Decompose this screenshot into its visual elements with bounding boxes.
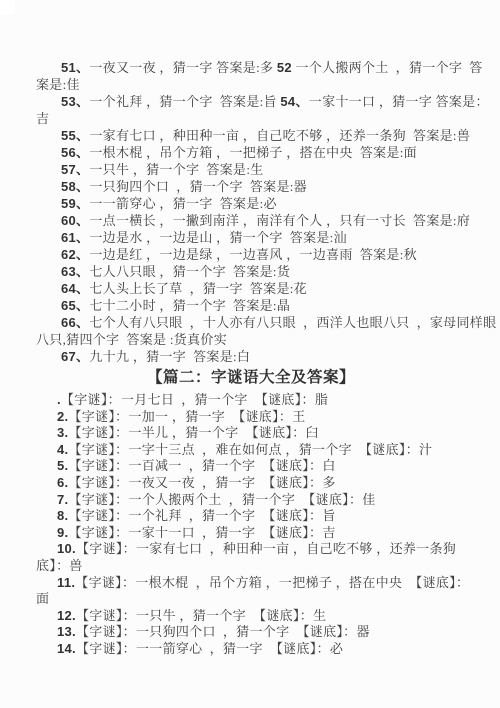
line-text: 七个人有八只眼 ，十人亦有八只眼 ，西洋人也眼八只 ，家母同样眼 [89, 315, 496, 330]
text-line: 53、一个礼拜 ，猜一个字 答案是:旨 54、一家十一口 ，猜一字 答案是： [36, 93, 476, 110]
text-line: 58、一只狗四个口 ，猜一个字 答案是:器 [36, 178, 476, 195]
line-text: 一只牛 ，猜一个字 答案是:生 [89, 162, 263, 177]
line-text: 一家有七口 ，种田种一亩 ，自己吃不够 ，还养一条狗 答案是:兽 [89, 128, 470, 143]
line-number: 11. [57, 575, 75, 590]
line-text: 【字谜】：一加一 ，猜一字 【谜底】：王 [68, 409, 305, 424]
line-number: 8. [57, 508, 68, 523]
line-text: 八只,猜四个字 答案是 :货真价实 [36, 332, 227, 347]
text-line: 案是:佳 [36, 76, 476, 93]
line-number: 60、 [61, 213, 89, 228]
line-number: 53、 [61, 94, 89, 109]
text-line: 3.【字谜】：一半儿 ，猜一个字 【谜底】：臼 [36, 425, 476, 442]
line-text: 一家十一口 ，猜一字 答案是： [309, 94, 489, 109]
line-text: 【字谜】：一夜又一夜 ，猜一字 【谜底】：多 [68, 475, 335, 490]
text-line: 7.【字谜】：一个人搬两个土 ，猜一个字 【谜底】：佳 [36, 492, 476, 509]
line-number: 58、 [61, 179, 89, 194]
text-line: 12.【字谜】：一只牛 ，猜一个字 【谜底】：生 [36, 608, 476, 625]
text-line: 10.【字谜】：一家有七口 ，种田种一亩 ，自己吃不够 ，还养一条狗 [36, 541, 476, 558]
line-number: 3. [57, 425, 68, 440]
line-number: 64、 [61, 281, 89, 296]
text-line: .【字谜】：一月七日 ，猜一个字 【谜底】：脂 [36, 392, 476, 409]
section-heading: 【篇二：字谜语大全及答案】 [36, 367, 466, 388]
text-line: 63、七人八只眼 ，猜一个字 答案是:货 [36, 263, 476, 280]
text-line: 11.【字谜】：一根木棍 ，吊个方箱 ，一把梯子 ，搭在中央 【谜底】： [36, 575, 476, 592]
line-number: 7. [57, 492, 68, 507]
text-line: 9.【字谜】：一家十一口 ，猜一字 【谜底】：吉 [36, 525, 476, 542]
line-text: 【字谜】：一半儿 ，猜一个字 【谜底】：臼 [68, 425, 318, 440]
text-line: 八只,猜四个字 答案是 :货真价实 [36, 331, 476, 348]
line-text: 【字谜】：一只狗四个口 ，猜一个字 【谜底】：器 [76, 624, 370, 639]
riddle-list-part2: .【字谜】：一月七日 ，猜一个字 【谜底】：脂2.【字谜】：一加一 ，猜一字 【… [36, 392, 476, 658]
line-number: 66、 [61, 315, 89, 330]
line-number: 55、 [61, 128, 89, 143]
text-line: 60、一点一横长 ，一撇到南洋 ，南洋有个人 ，只有一寸长 答案是:府 [36, 212, 476, 229]
text-line: 8.【字谜】：一个礼拜 ，猜一个字 【谜底】：旨 [36, 508, 476, 525]
text-line: 2.【字谜】：一加一 ，猜一字 【谜底】：王 [36, 409, 476, 426]
line-text: 【字谜】：一一箭穿心 ，猜一字 【谜底】：必 [76, 641, 343, 656]
line-text: 【字谜】：一个礼拜 ，猜一个字 【谜底】：旨 [68, 508, 335, 523]
line-text: 九十九 ，猜一字 答案是:白 [89, 349, 250, 364]
line-number: 5. [57, 458, 68, 473]
text-line: 65、七十二小时 ，猜一个字 答案是:晶 [36, 297, 476, 314]
page-corner-artifact [0, 0, 15, 15]
text-line: 56、一根木棍 ，吊个方箱 ，一把梯子 ，搭在中央 答案是:面 [36, 144, 476, 161]
line-number: 6. [57, 475, 68, 490]
line-number: 54、 [280, 94, 308, 109]
line-number: 12. [57, 608, 76, 623]
line-number: 62、 [61, 247, 89, 262]
line-text: 【字谜】：一只牛 ，猜一个字 【谜底】：生 [76, 608, 326, 623]
line-number: 52 [277, 60, 292, 75]
line-text: 一根木棍 ，吊个方箱 ，一把梯子 ，搭在中央 答案是:面 [89, 145, 417, 160]
document-page: 51、一夜又一夜 ，猜一字 答案是:多 52 一个人搬两个土 ，猜一个字 答案是… [0, 0, 500, 708]
text-line: 51、一夜又一夜 ，猜一字 答案是:多 52 一个人搬两个土 ，猜一个字 答 [36, 59, 476, 76]
line-number: 51、 [61, 60, 89, 75]
text-line: 6.【字谜】：一夜又一夜 ，猜一字 【谜底】：多 [36, 475, 476, 492]
line-text: 底】：兽 [36, 558, 83, 573]
text-line: 61、一边是水 ，一边是山 ，猜一个字 答案是:汕 [36, 229, 476, 246]
text-line: 67、九十九 ，猜一字 答案是:白 [36, 348, 476, 365]
line-number: 13. [57, 624, 76, 639]
line-text: 【字谜】：一字十三点 ，难在如何点 ，猜一个字 【谜底】：汁 [68, 442, 432, 457]
line-number: 67、 [61, 349, 89, 364]
line-text: 【字谜】：一月七日 ，猜一个字 【谜底】：脂 [61, 392, 328, 407]
text-line: 59、一一箭穿心 ，猜一字 答案是:必 [36, 195, 476, 212]
line-text: 案是:佳 [36, 77, 80, 92]
line-text: 七十二小时 ，猜一个字 答案是:晶 [89, 298, 290, 313]
line-number: 56、 [61, 145, 89, 160]
text-line: 62、一边是红 ，一边是绿 ，一边喜风 ，一边喜雨 答案是:秋 [36, 246, 476, 263]
text-line: 4.【字谜】：一字十三点 ，难在如何点 ，猜一个字 【谜底】：汁 [36, 442, 476, 459]
text-line: 吉 [36, 110, 476, 127]
line-number: 59、 [61, 196, 89, 211]
line-number: 10. [57, 541, 76, 556]
line-number: 63、 [61, 264, 89, 279]
line-text: 一边是红 ，一边是绿 ，一边喜风 ，一边喜雨 答案是:秋 [89, 247, 417, 262]
line-number: 65、 [61, 298, 89, 313]
riddle-list-part1: 51、一夜又一夜 ，猜一字 答案是:多 52 一个人搬两个土 ，猜一个字 答案是… [36, 59, 476, 365]
line-text: 七人头上长了草 ，猜一字 答案是:花 [89, 281, 307, 296]
line-text: 一夜又一夜 ，猜一字 答案是:多 [89, 60, 276, 75]
line-text: 面 [36, 591, 49, 606]
text-line: 13.【字谜】：一只狗四个口 ，猜一个字 【谜底】：器 [36, 624, 476, 641]
line-text: 七人八只眼 ，猜一个字 答案是:货 [89, 264, 290, 279]
line-number: 57、 [61, 162, 89, 177]
line-text: 一个人搬两个土 ，猜一个字 答 [292, 60, 483, 75]
line-text: 【字谜】：一根木棍 ，吊个方箱 ，一把梯子 ，搭在中央 【谜底】： [75, 575, 469, 590]
line-number: 9. [57, 525, 68, 540]
line-number: 61、 [61, 230, 89, 245]
line-text: 【字谜】：一家十一口 ，猜一字 【谜底】：吉 [68, 525, 335, 540]
line-text: 【字谜】：一个人搬两个土 ，猜一个字 【谜底】：佳 [68, 492, 375, 507]
line-number: 14. [57, 641, 76, 656]
line-text: 一边是水 ，一边是山 ，猜一个字 答案是:汕 [89, 230, 347, 245]
text-line: 5.【字谜】：一百减一 ，猜一个字 【谜底】：白 [36, 458, 476, 475]
line-number: 4. [57, 442, 68, 457]
line-text: 【字谜】：一家有七口 ，种田种一亩 ，自己吃不够 ，还养一条狗 [76, 541, 456, 556]
line-number: 2. [57, 409, 68, 424]
line-text: 一点一横长 ，一撇到南洋 ，南洋有个人 ，只有一寸长 答案是:府 [89, 213, 470, 228]
text-line: 14.【字谜】：一一箭穿心 ，猜一字 【谜底】：必 [36, 641, 476, 658]
line-text: 一一箭穿心 ，猜一字 答案是:必 [89, 196, 276, 211]
text-line: 面 [36, 591, 476, 608]
text-line: 57、一只牛 ，猜一个字 答案是:生 [36, 161, 476, 178]
text-line: 55、一家有七口 ，种田种一亩 ，自己吃不够 ，还养一条狗 答案是:兽 [36, 127, 476, 144]
line-text: 吉 [36, 111, 49, 126]
text-line: 66、七个人有八只眼 ，十人亦有八只眼 ，西洋人也眼八只 ，家母同样眼 [36, 314, 476, 331]
text-line: 底】：兽 [36, 558, 476, 575]
line-text: 【字谜】：一百减一 ，猜一个字 【谜底】：白 [68, 458, 335, 473]
line-text: 一个礼拜 ，猜一个字 答案是:旨 [89, 94, 280, 109]
text-line: 64、七人头上长了草 ，猜一字 答案是:花 [36, 280, 476, 297]
line-text: 一只狗四个口 ，猜一个字 答案是:器 [89, 179, 307, 194]
